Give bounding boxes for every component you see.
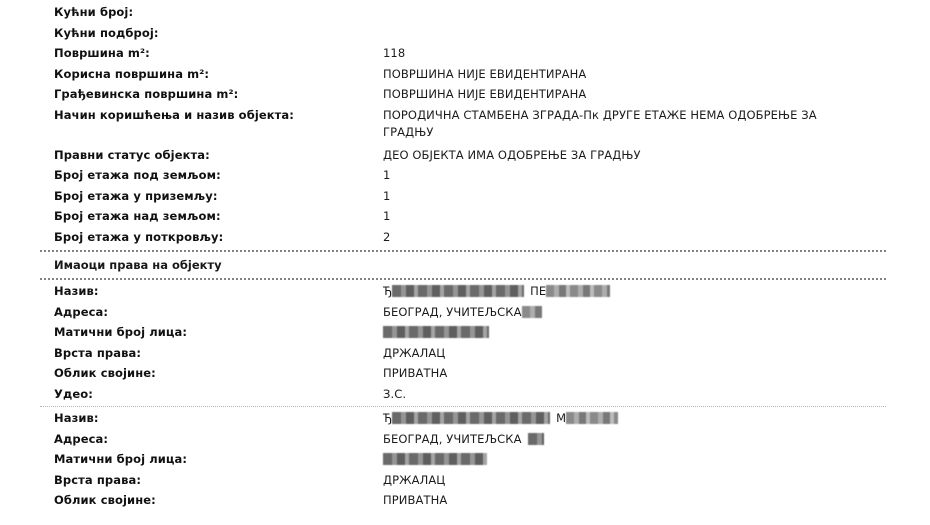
property-document: Кућни број: Кућни подброј: Површина m²: … xyxy=(54,4,872,513)
construction-area-label: Грађевинска површина m²: xyxy=(54,86,383,103)
floors-attic-row: Број етажа у поткровљу: 2 xyxy=(54,229,872,250)
redacted-surname xyxy=(566,412,618,424)
owner-name-mid: М xyxy=(556,411,566,425)
owner-name-row: Назив: ЂПЕ xyxy=(54,283,872,304)
owner-right-type-row: Врста права: ДРЖАЛАЦ xyxy=(54,472,872,493)
section-divider xyxy=(40,250,886,252)
owner-ownership-row: Облик својине: ПРИВАТНА xyxy=(54,365,872,386)
owner-name-initial: Ђ xyxy=(383,411,392,425)
owner-name-value: ЂПЕ xyxy=(383,283,872,300)
house-subnumber-label: Кућни подброј: xyxy=(54,25,383,42)
owner-share-label: Удео: xyxy=(54,386,383,403)
area-label: Површина m²: xyxy=(54,45,383,62)
owner-id-value xyxy=(383,324,872,341)
floors-above-row: Број етажа над земљом: 1 xyxy=(54,208,872,229)
owners-section-title: Имаоци права на објекту xyxy=(54,255,872,277)
owner-address-value: БЕОГРАД, УЧИТЕЉСКА xyxy=(383,431,872,448)
floors-underground-label: Број етажа под земљом: xyxy=(54,167,383,184)
construction-area-value: ПОВРШИНА НИЈЕ ЕВИДЕНТИРАНА xyxy=(383,86,872,103)
owner-name-initial: Ђ xyxy=(383,284,392,298)
usable-area-label: Корисна површина m²: xyxy=(54,66,383,83)
usage-value: ПОРОДИЧНА СТАМБЕНА ЗГРАДА-Пк ДРУГЕ ЕТАЖЕ… xyxy=(383,107,872,141)
floors-ground-label: Број етажа у приземљу: xyxy=(54,188,383,205)
area-row: Површина m²: 118 xyxy=(54,45,872,66)
construction-area-row: Грађевинска површина m²: ПОВРШИНА НИЈЕ Е… xyxy=(54,86,872,107)
floors-attic-label: Број етажа у поткровљу: xyxy=(54,229,383,246)
owner-name-label: Назив: xyxy=(54,283,383,300)
redacted-id-number xyxy=(383,453,487,465)
redacted-id-number xyxy=(383,326,489,338)
owner-ownership-label: Облик својине: xyxy=(54,365,383,382)
floors-underground-row: Број етажа под земљом: 1 xyxy=(54,167,872,188)
owner-right-type-label: Врста права: xyxy=(54,472,383,489)
usable-area-value: ПОВРШИНА НИЈЕ ЕВИДЕНТИРАНА xyxy=(383,66,872,83)
owner-ownership-label: Облик својине: xyxy=(54,492,383,509)
owner-record: Назив: ЂМ Адреса: БЕОГРАД, УЧИТЕЉСКА Мат… xyxy=(54,410,872,513)
owner-right-type-value: ДРЖАЛАЦ xyxy=(383,472,872,489)
owner-address-value: БЕОГРАД, УЧИТЕЉСКА xyxy=(383,304,872,321)
owner-divider xyxy=(40,406,886,407)
owner-share-row: Удео: З.С. xyxy=(54,386,872,407)
owner-name-label: Назив: xyxy=(54,410,383,427)
owner-id-label: Матични број лица: xyxy=(54,324,383,341)
floors-attic-value: 2 xyxy=(383,229,872,246)
floors-above-value: 1 xyxy=(383,208,872,225)
usage-row: Начин коришћења и назив објекта: ПОРОДИЧ… xyxy=(54,107,872,147)
legal-status-label: Правни статус објекта: xyxy=(54,147,383,164)
section-divider xyxy=(40,278,886,280)
house-number-row: Кућни број: xyxy=(54,4,872,25)
owner-right-type-value: ДРЖАЛАЦ xyxy=(383,345,872,362)
owner-name-value: ЂМ xyxy=(383,410,872,427)
floors-ground-row: Број етажа у приземљу: 1 xyxy=(54,188,872,209)
owner-ownership-row: Облик својине: ПРИВАТНА xyxy=(54,492,872,513)
owner-name-row: Назив: ЂМ xyxy=(54,410,872,431)
usage-label: Начин коришћења и назив објекта: xyxy=(54,107,383,124)
usable-area-row: Корисна површина m²: ПОВРШИНА НИЈЕ ЕВИДЕ… xyxy=(54,66,872,87)
redacted-name xyxy=(392,412,550,424)
owner-address-label: Адреса: xyxy=(54,431,383,448)
owner-share-value: З.С. xyxy=(383,386,872,403)
area-value: 118 xyxy=(383,45,872,62)
owner-name-mid: ПЕ xyxy=(530,284,546,298)
owner-address-row: Адреса: БЕОГРАД, УЧИТЕЉСКА xyxy=(54,431,872,452)
floors-above-label: Број етажа над земљом: xyxy=(54,208,383,225)
house-number-label: Кућни број: xyxy=(54,4,383,21)
legal-status-value: ДЕО ОБЈЕКТА ИМА ОДОБРЕЊЕ ЗА ГРАДЊУ xyxy=(383,147,872,164)
owner-address-label: Адреса: xyxy=(54,304,383,321)
redacted-address-number xyxy=(528,433,544,445)
owner-address-row: Адреса: БЕОГРАД, УЧИТЕЉСКА xyxy=(54,304,872,325)
owner-id-row: Матични број лица: xyxy=(54,451,872,472)
floors-ground-value: 1 xyxy=(383,188,872,205)
owner-record: Назив: ЂПЕ Адреса: БЕОГРАД, УЧИТЕЉСКА Ма… xyxy=(54,283,872,406)
owner-ownership-value: ПРИВАТНА xyxy=(383,492,872,509)
owner-id-value xyxy=(383,451,872,468)
owner-ownership-value: ПРИВАТНА xyxy=(383,365,872,382)
owner-right-type-label: Врста права: xyxy=(54,345,383,362)
floors-underground-value: 1 xyxy=(383,167,872,184)
owner-right-type-row: Врста права: ДРЖАЛАЦ xyxy=(54,345,872,366)
owner-id-label: Матични број лица: xyxy=(54,451,383,468)
redacted-address-number xyxy=(522,306,542,318)
redacted-surname xyxy=(546,285,610,297)
legal-status-row: Правни статус објекта: ДЕО ОБЈЕКТА ИМА О… xyxy=(54,147,872,168)
house-subnumber-row: Кућни подброј: xyxy=(54,25,872,46)
owner-id-row: Матични број лица: xyxy=(54,324,872,345)
redacted-name xyxy=(392,285,524,297)
